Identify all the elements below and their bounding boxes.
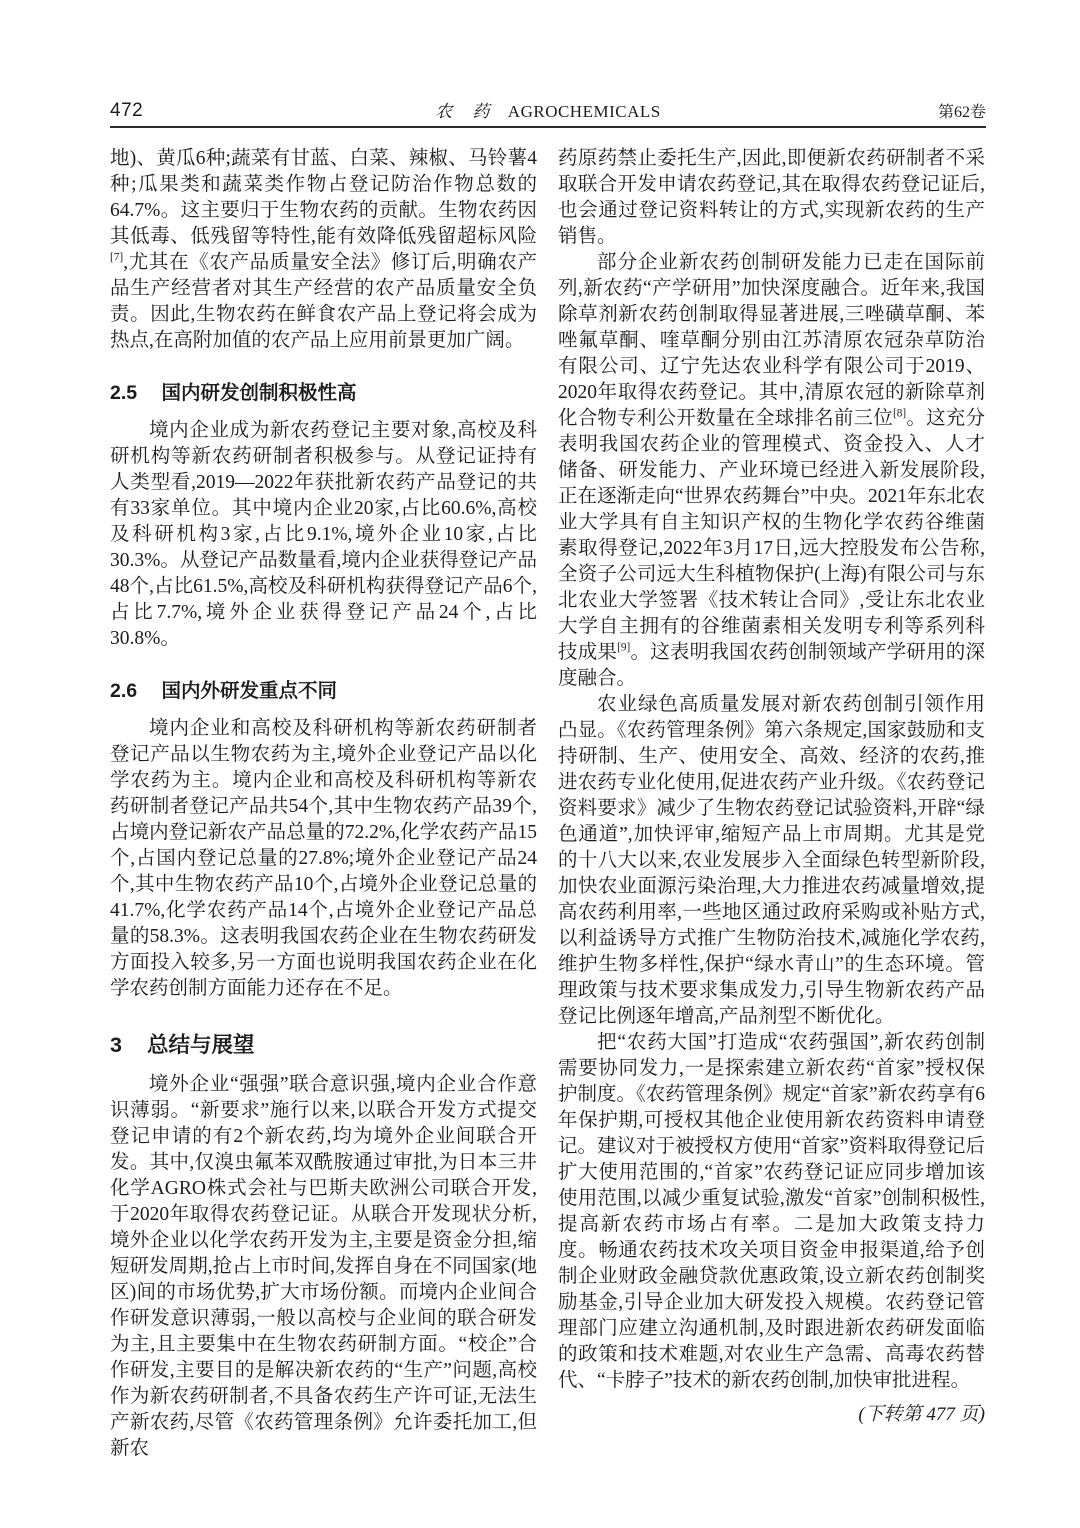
- section-title: 国内研发创制积极性高: [162, 382, 357, 404]
- paragraph-domestic-enthusiasm: 境内企业成为新农药登记主要对象,高校及科研机构等新农药研制者积极参与。从登记证持…: [110, 418, 537, 652]
- section-number: 3: [110, 1033, 122, 1057]
- section-number: 2.5: [110, 382, 137, 404]
- journal-page: 472 农 药 AGROCHEMICALS 第62卷 地)、黄瓜6种;蔬菜有甘蓝…: [0, 0, 1080, 1528]
- continuation-note: (下转第 477 页): [558, 1402, 985, 1428]
- paragraph-innovation-capability: 部分企业新农药创制研发能力已走在国际前列,新农药“产学研用”加快深度融合。近年来…: [558, 250, 985, 692]
- left-column: 地)、黄瓜6种;蔬菜有甘蓝、白菜、辣椒、马铃薯4种;瓜果类和蔬菜类作物占登记防治…: [110, 146, 537, 1462]
- section-title: 总结与展望: [147, 1033, 255, 1057]
- paragraph-green-development: 农业绿色高质量发展对新农药创制引领作用凸显。《农药管理条例》第六条规定,国家鼓励…: [558, 692, 985, 1030]
- section-heading-2-6: 2.6 国内外研发重点不同: [110, 679, 537, 703]
- paragraph-policy-suggestions: 把“农药大国”打造成“农药强国”,新农药创制需要协同发力,一是探索建立新农药“首…: [558, 1030, 985, 1394]
- section-heading-2-5: 2.5 国内研发创制积极性高: [110, 381, 537, 405]
- section-number: 2.6: [110, 680, 137, 702]
- paragraph-transfer-continuation: 药原药禁止委托生产,因此,即便新农药研制者不采取联合开发申请农药登记,其在取得农…: [558, 146, 985, 250]
- journal-title-chinese: 农 药: [435, 102, 497, 121]
- section-title: 国内外研发重点不同: [162, 680, 338, 702]
- reference-marker: [8]: [893, 408, 906, 420]
- running-head: 472 农 药 AGROCHEMICALS 第62卷: [110, 98, 986, 128]
- journal-title: 农 药 AGROCHEMICALS: [110, 97, 986, 122]
- article-body: 地)、黄瓜6种;蔬菜有甘蓝、白菜、辣椒、马铃薯4种;瓜果类和蔬菜类作物占登记防治…: [110, 146, 986, 1462]
- paragraph-research-focus: 境内企业和高校及科研机构等新农药研制者登记产品以生物农药为主,境外企业登记产品以…: [110, 716, 537, 1002]
- journal-title-english: AGROCHEMICALS: [508, 102, 661, 121]
- right-column: 药原药禁止委托生产,因此,即便新农药研制者不采取联合开发申请农药登记,其在取得农…: [558, 146, 985, 1462]
- reference-marker: [9]: [617, 642, 630, 654]
- paragraph-summary-outlook: 境外企业“强强”联合意识强,境内企业合作意识薄弱。“新要求”施行以来,以联合开发…: [110, 1072, 537, 1462]
- volume-label: 第62卷: [938, 99, 986, 122]
- paragraph-crop-continuation: 地)、黄瓜6种;蔬菜有甘蓝、白菜、辣椒、马铃薯4种;瓜果类和蔬菜类作物占登记防治…: [110, 146, 537, 354]
- section-heading-3: 3 总结与展望: [110, 1032, 537, 1058]
- reference-marker: [7]: [110, 252, 123, 264]
